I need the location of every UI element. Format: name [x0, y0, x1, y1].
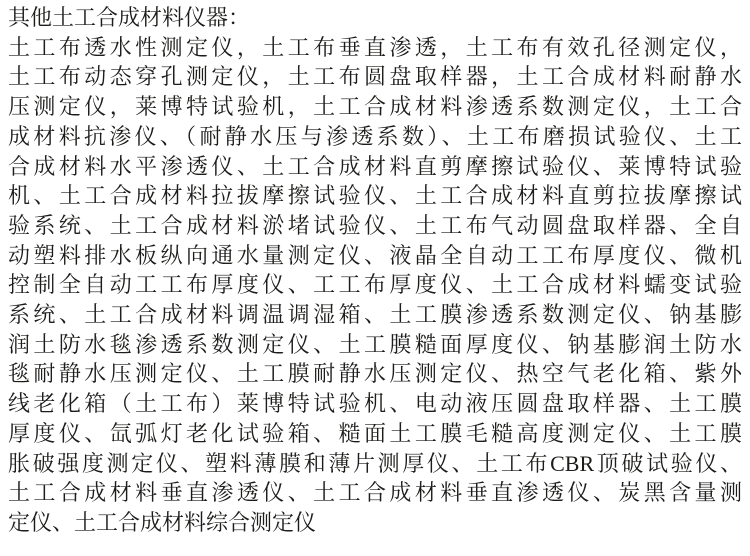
text-line: 润土防水毯渗透系数测定仪、土工膜糙面厚度仪、钠基膨润土防水: [8, 330, 742, 360]
text-line: 土工布透水性测定仪，土工布垂直渗透，土工布有效孔径测定仪，: [8, 33, 742, 63]
text-line: 线老化箱（土工布）莱博特试验机、电动液压圆盘取样器、土工膜: [8, 389, 742, 419]
document-page: 其他土工合成材料仪器： 土工布透水性测定仪，土工布垂直渗透，土工布有效孔径测定仪…: [8, 3, 742, 538]
text-line: 机、土工合成材料拉拔摩擦试验仪、土工合成材料直剪拉拔摩擦试: [8, 181, 742, 211]
text-line: 动塑料排水板纵向通水量测定仪、液晶全自动工工布厚度仪、微机: [8, 241, 742, 271]
text-line: 毯耐静水压测定仪、土工膜耐静水压测定仪、热空气老化箱、紫外: [8, 359, 742, 389]
text-line: 土工合成材料垂直渗透仪、土工合成材料垂直渗透仪、炭黑含量测: [8, 478, 742, 508]
text-line: 厚度仪、氙弧灯老化试验箱、糙面土工膜毛糙高度测定仪、土工膜: [8, 419, 742, 449]
text-line: 定仪、土工合成材料综合测定仪: [8, 508, 742, 538]
text-line: 成材料抗渗仪、（耐静水压与渗透系数）、土工布磨损试验仪、土工: [8, 122, 742, 152]
text-line: 合成材料水平渗透仪、土工合成材料直剪摩擦试验仪、莱博特试验: [8, 152, 742, 182]
document-body: 土工布透水性测定仪，土工布垂直渗透，土工布有效孔径测定仪，土工布动态穿孔测定仪，…: [8, 33, 742, 538]
text-line: 系统、土工合成材料调温调湿箱、土工膜渗透系数测定仪、钠基膨: [8, 300, 742, 330]
text-line: 压测定仪，莱博特试验机，土工合成材料渗透系数测定仪，土工合: [8, 92, 742, 122]
document-heading: 其他土工合成材料仪器：: [8, 3, 742, 33]
text-line: 土工布动态穿孔测定仪，土工布圆盘取样器，土工合成材料耐静水: [8, 62, 742, 92]
text-line: 胀破强度测定仪、塑料薄膜和薄片测厚仪、土工布CBR顶破试验仪、: [8, 449, 742, 479]
text-line: 控制全自动工工布厚度仪、工工布厚度仪、土工合成材料蠕变试验: [8, 270, 742, 300]
text-line: 验系统、土工合成材料淤堵试验仪、土工布气动圆盘取样器、全自: [8, 211, 742, 241]
